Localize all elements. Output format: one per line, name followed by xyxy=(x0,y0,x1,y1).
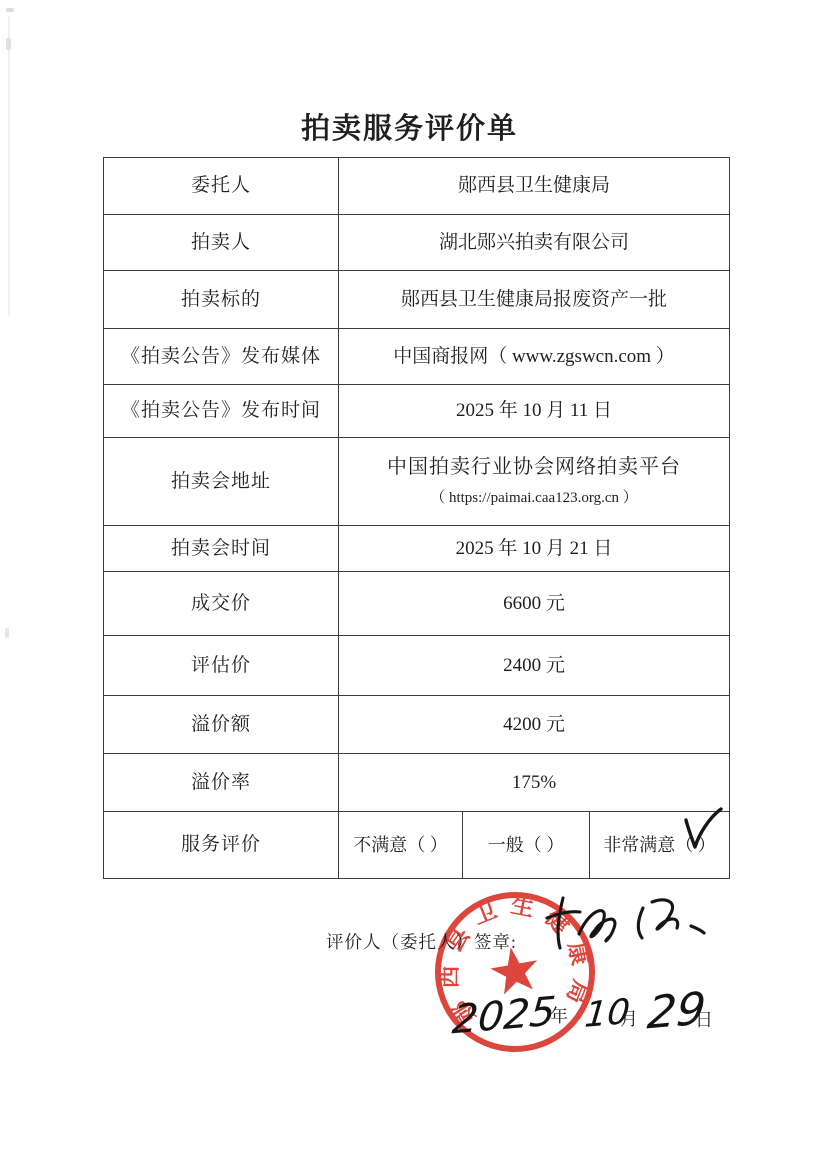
handwritten-year: 2025 xyxy=(450,989,557,1044)
row-label: 拍卖会时间 xyxy=(104,526,339,571)
row-value: 湖北郧兴拍卖有限公司 xyxy=(339,215,729,270)
table-row: 《拍卖公告》发布时间 2025 年 10 月 11 日 xyxy=(104,384,729,437)
table-row: 溢价率 175% xyxy=(104,753,729,811)
row-value: 郧西县卫生健康局报废资产一批 xyxy=(339,271,729,328)
row-label: 拍卖人 xyxy=(104,215,339,270)
handwritten-day: 29 xyxy=(645,982,708,1040)
row-value: 2025 年 10 月 21 日 xyxy=(339,526,729,571)
row-label: 服务评价 xyxy=(104,812,339,878)
evaluation-table: 委托人 郧西县卫生健康局 拍卖人 湖北郧兴拍卖有限公司 拍卖标的 郧西县卫生健康… xyxy=(103,157,730,879)
row-value: 2400 元 xyxy=(339,636,729,695)
row-value: 4200 元 xyxy=(339,696,729,753)
row-value: 中国拍卖行业协会网络拍卖平台 （ https://paimai.caa123.o… xyxy=(339,438,729,525)
table-row: 评估价 2400 元 xyxy=(104,635,729,695)
table-row: 服务评价 不满意（ ） 一般（ ） 非常满意（ ） xyxy=(104,811,729,878)
table-row: 《拍卖公告》发布媒体 中国商报网（ www.zgswcn.com ） xyxy=(104,328,729,384)
row-label: 评估价 xyxy=(104,636,339,695)
option-average: 一般（ ） xyxy=(463,812,590,878)
row-label: 成交价 xyxy=(104,572,339,635)
table-row: 拍卖标的 郧西县卫生健康局报废资产一批 xyxy=(104,270,729,328)
table-row: 溢价额 4200 元 xyxy=(104,695,729,753)
handwritten-month: 10 xyxy=(583,992,632,1036)
row-value: 6600 元 xyxy=(339,572,729,635)
row-label: 《拍卖公告》发布时间 xyxy=(104,385,339,437)
scan-artifact xyxy=(6,8,14,12)
scanned-document-page: 拍卖服务评价单 委托人 郧西县卫生健康局 拍卖人 湖北郧兴拍卖有限公司 拍卖标的… xyxy=(0,0,819,1169)
row-label: 溢价额 xyxy=(104,696,339,753)
row-value: 175% xyxy=(339,754,729,811)
table-row: 拍卖会地址 中国拍卖行业协会网络拍卖平台 （ https://paimai.ca… xyxy=(104,437,729,525)
scan-artifact xyxy=(6,38,11,50)
handwritten-signature xyxy=(543,888,711,966)
page-title: 拍卖服务评价单 xyxy=(0,106,819,147)
row-label: 拍卖标的 xyxy=(104,271,339,328)
table-row: 成交价 6600 元 xyxy=(104,571,729,635)
handwritten-check-icon xyxy=(679,806,725,856)
scan-artifact xyxy=(5,628,9,638)
row-label: 溢价率 xyxy=(104,754,339,811)
scan-artifact xyxy=(8,16,10,316)
seal-star-icon xyxy=(487,943,542,996)
table-row: 拍卖会时间 2025 年 10 月 21 日 xyxy=(104,525,729,571)
table-row: 拍卖人 湖北郧兴拍卖有限公司 xyxy=(104,214,729,270)
row-label: 《拍卖公告》发布媒体 xyxy=(104,329,339,384)
venue-line2: （ https://paimai.caa123.org.cn ） xyxy=(430,489,638,508)
option-unsatisfied: 不满意（ ） xyxy=(339,812,463,878)
row-value: 郧西县卫生健康局 xyxy=(339,158,729,214)
venue-line1: 中国拍卖行业协会网络拍卖平台 xyxy=(387,455,681,480)
row-label: 拍卖会地址 xyxy=(104,438,339,525)
table-row: 委托人 郧西县卫生健康局 xyxy=(104,158,729,214)
row-value: 2025 年 10 月 11 日 xyxy=(339,385,729,437)
row-label: 委托人 xyxy=(104,158,339,214)
row-value: 中国商报网（ www.zgswcn.com ） xyxy=(339,329,729,384)
